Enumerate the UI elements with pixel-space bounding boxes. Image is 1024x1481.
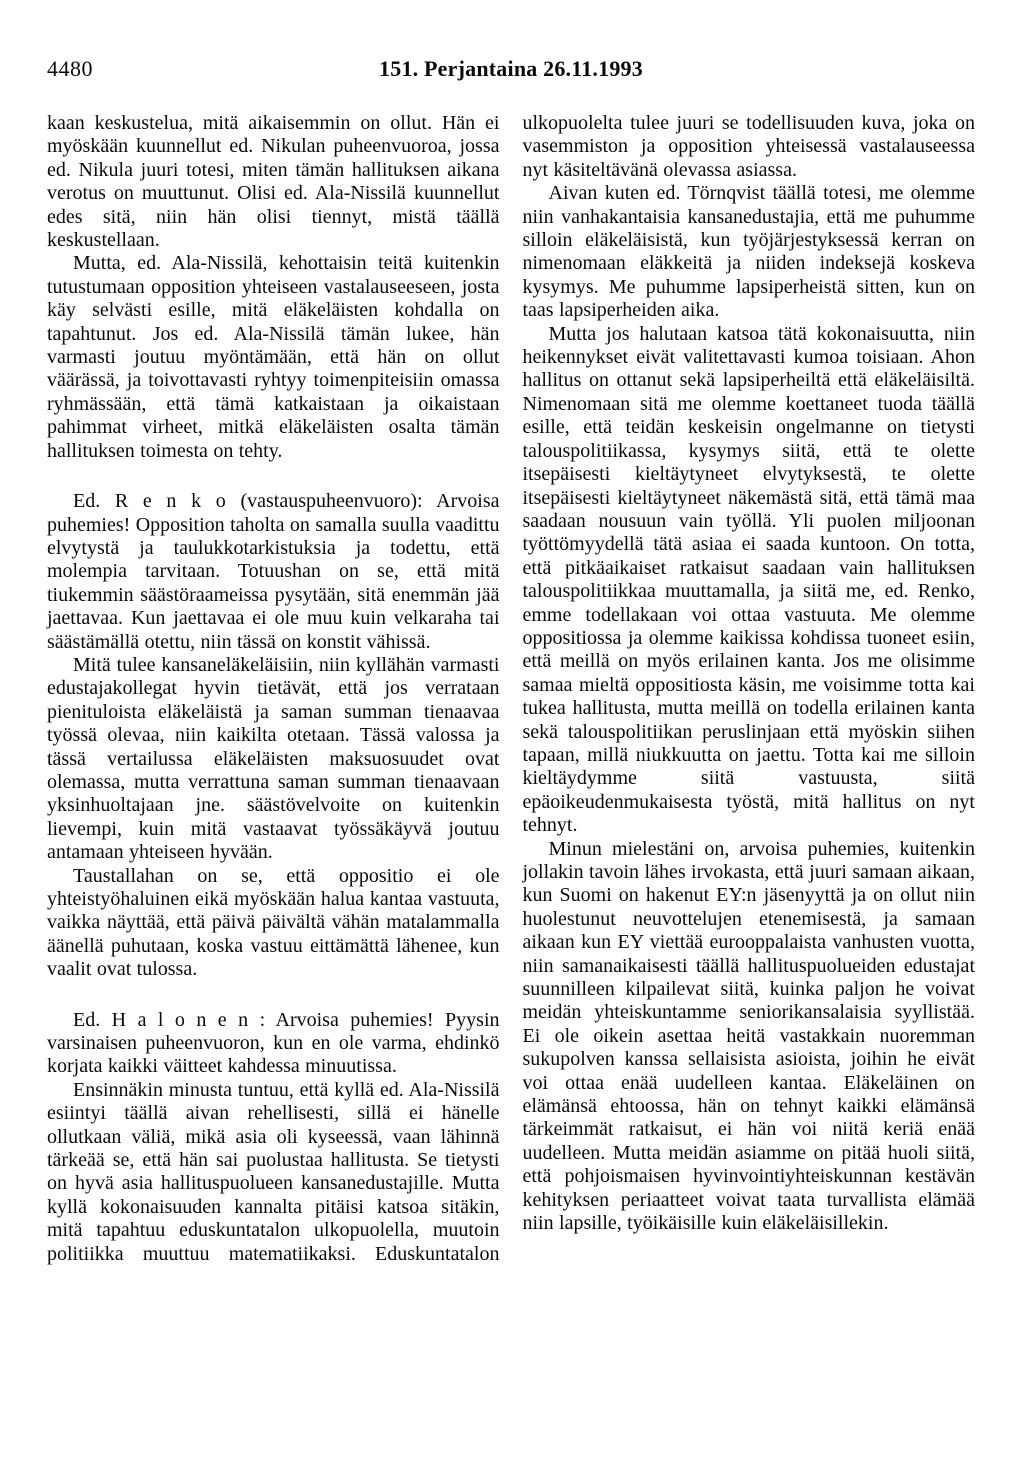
paragraph: Mutta, ed. Ala-Nissilä, kehottaisin teit… bbox=[47, 252, 500, 463]
right-column: ulkopuolelta tulee juuri se todellisuude… bbox=[523, 112, 976, 1266]
left-column: kaan keskustelua, mitä aikaisemmin on ol… bbox=[47, 112, 500, 1266]
paragraph: Mitä tulee kansaneläkeläisiin, niin kyll… bbox=[47, 654, 500, 865]
speech-halonen-paragraph: Ed. H a l o n e n : Arvoisa puhemies! Py… bbox=[47, 1009, 500, 1079]
paragraph: Taustallahan on se, että oppositio ei ol… bbox=[47, 865, 500, 982]
paragraph: Ensinnäkin minusta tuntuu, että kyllä ed… bbox=[47, 1079, 500, 1266]
text-columns: kaan keskustelua, mitä aikaisemmin on ol… bbox=[47, 112, 975, 1266]
header-title: 151. Perjantaina 26.11.1993 bbox=[47, 56, 975, 82]
document-page: 4480 151. Perjantaina 26.11.1993 kaan ke… bbox=[0, 0, 1024, 1481]
page-header: 4480 151. Perjantaina 26.11.1993 bbox=[47, 56, 975, 86]
paragraph: Minun mielestäni on, arvoisa puhemies, k… bbox=[523, 838, 976, 1236]
speech-renko-paragraph: Ed. R e n k o (vastauspuheenvuoro): Arvo… bbox=[47, 490, 500, 654]
paragraph-continuation: kaan keskustelua, mitä aikaisemmin on ol… bbox=[47, 112, 500, 252]
paragraph: Aivan kuten ed. Törnqvist täällä totesi,… bbox=[523, 182, 976, 322]
paragraph: Mutta jos halutaan katsoa tätä kokonaisu… bbox=[523, 323, 976, 838]
paragraph-continuation: ulkopuolelta tulee juuri se todellisuude… bbox=[523, 112, 976, 182]
